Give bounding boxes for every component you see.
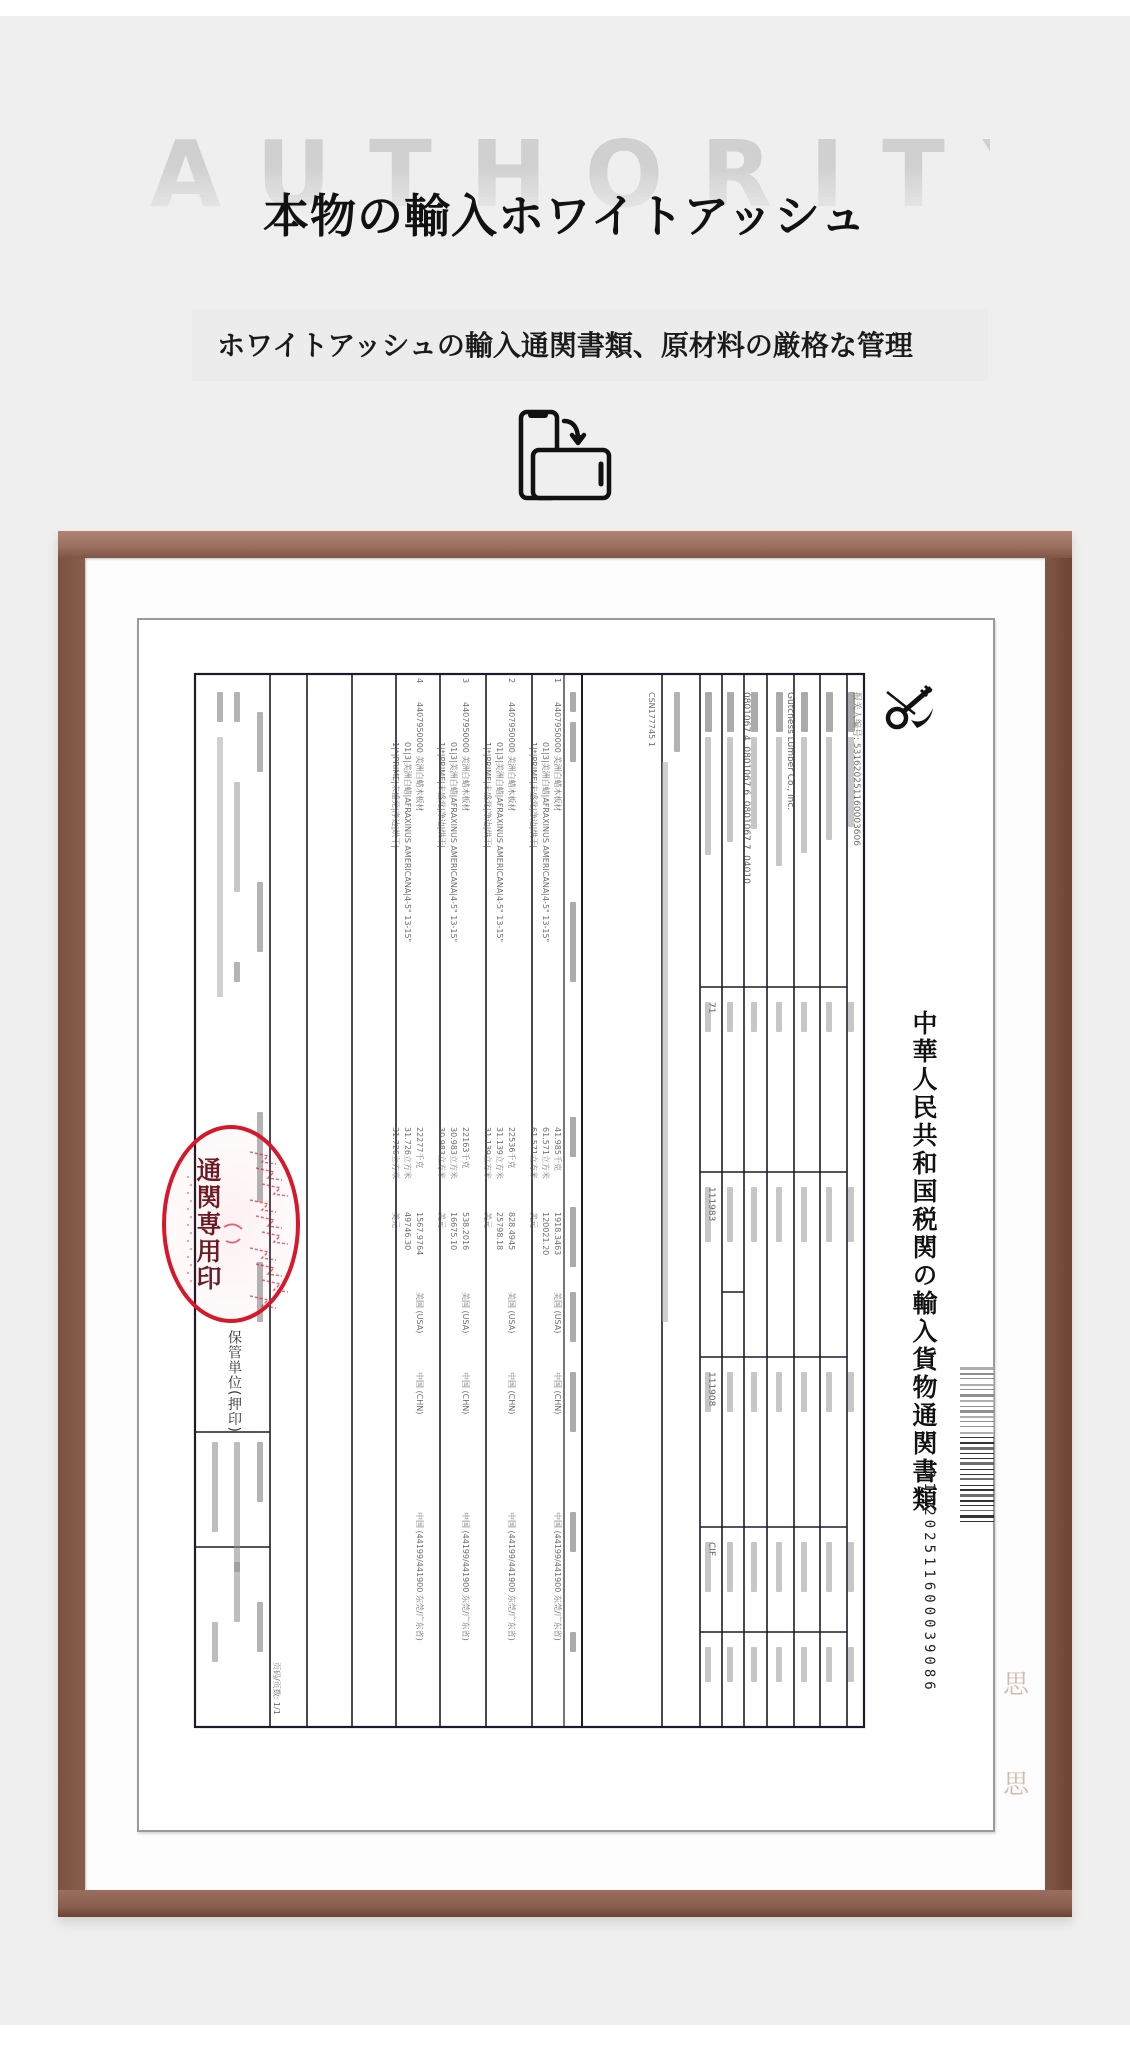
svg-text:3: 3 [461,678,470,683]
svg-text:1|*|PRIME|未盛党|净边|烘干|: 1|*|PRIME|未盛党|净边|烘干| [483,742,493,848]
svg-text:中国 (CHN): 中国 (CHN) [461,1372,471,1414]
svg-text:41.985千克: 41.985千克 [553,1127,563,1171]
svg-text:1|*|PRIME|未盛党|净边|烘干|: 1|*|PRIME|未盛党|净边|烘干| [437,742,447,848]
svg-text:4: 4 [415,678,424,683]
svg-text:美国 (USA): 美国 (USA) [553,1292,563,1333]
svg-text:4407950000 美洲白蜡木板材: 4407950000 美洲白蜡木板材 [461,702,471,811]
svg-text:538.2016: 538.2016 [461,1212,470,1250]
svg-text:61.571立方米: 61.571立方米 [541,1127,551,1179]
svg-text:01|3|美洲白蜡|AFRAXINUS AMERICANA|: 01|3|美洲白蜡|AFRAXINUS AMERICANA|4-5" 13-15… [449,742,459,942]
page-title: 本物の輸入ホワイトアッシュ [0,186,1130,246]
svg-text:01|3|美洲白蜡|AFRAXINUS AMERICANA|: 01|3|美洲白蜡|AFRAXINUS AMERICANA|4-5" 13-15… [495,742,505,942]
svg-text:中国 (44199/441900 东莞/广东省): 中国 (44199/441900 东莞/广东省) [415,1512,425,1641]
svg-text:报关人编号: 531620251160003606: 报关人编号: 531620251160003606 [851,692,863,846]
rotate-device-icon [518,409,612,501]
svg-text:2: 2 [507,678,516,683]
svg-text:828.4945: 828.4945 [507,1212,516,1250]
svg-text:61.571立方米: 61.571立方米 [529,1127,539,1179]
customs-clearance-stamp [162,1125,300,1323]
svg-text:美元: 美元 [437,1212,447,1228]
svg-text:1918.3463: 1918.3463 [553,1212,562,1255]
document-title: 中華人民共和国税関の輸入貨物通関書類 [906,1010,940,1514]
svg-text:美元: 美元 [391,1212,401,1228]
svg-text:22536千克: 22536千克 [507,1127,517,1168]
svg-text:30.983立方米: 30.983立方米 [449,1127,459,1179]
barcode-number: 316202511600039086 [917,1470,937,1694]
svg-text:1567.9764: 1567.9764 [415,1212,424,1255]
svg-text:页码/页数: 1/1: 页码/页数: 1/1 [272,1662,282,1715]
svg-text:49746.30: 49746.30 [403,1212,412,1250]
svg-text:中国 (CHN): 中国 (CHN) [553,1372,563,1414]
svg-text:31.139立方米: 31.139立方米 [483,1127,493,1179]
svg-text:CSN177745 1: CSN177745 1 [647,692,656,747]
svg-text:22163千克: 22163千克 [461,1127,471,1168]
top-strip [0,0,1130,16]
svg-text:01|3|美洲白蜡|AFRAXINUS AMERICANA|: 01|3|美洲白蜡|AFRAXINUS AMERICANA|4-5" 13-15… [403,742,413,942]
frame-watermark-mark: 思 [1003,1665,1027,1705]
svg-text:中国 (44199/441900 东莞/广东省): 中国 (44199/441900 东莞/广东省) [553,1512,563,1641]
svg-text:4407950000 美洲白蜡木板材: 4407950000 美洲白蜡木板材 [507,702,517,811]
svg-text:120021.20: 120021.20 [541,1212,550,1255]
svg-text:美元: 美元 [483,1212,493,1228]
svg-text:1|*|PRIME|未盛党|净边|烘干|: 1|*|PRIME|未盛党|净边|烘干| [529,742,539,848]
svg-text:Gutchess Lumber Co., Inc.: Gutchess Lumber Co., Inc. [785,692,795,810]
page-subtitle: ホワイトアッシュの輸入通関書類、原材料の厳格な管理 [0,326,1130,366]
svg-text:4407950000 美洲白蜡木板材: 4407950000 美洲白蜡木板材 [415,702,425,811]
svg-text:美国 (USA): 美国 (USA) [507,1292,517,1333]
svg-text:美国 (USA): 美国 (USA) [461,1292,471,1333]
svg-text:31.726立方米: 31.726立方米 [403,1127,413,1179]
svg-text:中国 (44199/441900 东莞/广东省): 中国 (44199/441900 东莞/广东省) [461,1512,471,1641]
custody-unit-label: 保管単位(押印) [222,1330,244,1433]
bottom-strip [0,2025,1130,2048]
svg-text:美国 (USA): 美国 (USA) [415,1292,425,1333]
svg-text:中国 (CHN): 中国 (CHN) [415,1372,425,1414]
svg-text:中国 (44199/441900 东莞/广东省): 中国 (44199/441900 东莞/广东省) [507,1512,517,1641]
frame-watermark-mark: 思 [1003,1765,1027,1805]
svg-text:01|3|美洲白蜡|AFRAXINUS AMERICANA|: 01|3|美洲白蜡|AFRAXINUS AMERICANA|4-5" 13-15… [541,742,551,942]
svg-text:4407950000 美洲白蜡木板材: 4407950000 美洲白蜡木板材 [553,702,563,811]
svg-text:30.983立方米: 30.983立方米 [437,1127,447,1179]
svg-text:中国 (CHN): 中国 (CHN) [507,1372,517,1414]
svg-text:31.139立方米: 31.139立方米 [495,1127,505,1179]
svg-text:25798.18: 25798.18 [495,1212,504,1250]
svg-text:1|*|PRIME|未盛党|净边|烘干|: 1|*|PRIME|未盛党|净边|烘干| [391,742,401,848]
stamp-label: 通関専用印 [188,1157,224,1292]
svg-text:22277千克: 22277千克 [415,1127,425,1168]
svg-text:0801067 4, 0801067 6, 0801067: 0801067 4, 0801067 6, 0801067 7, 04010 [741,692,751,884]
svg-text:16675.10: 16675.10 [449,1212,458,1250]
svg-text:31.726立方米: 31.726立方米 [391,1127,401,1179]
svg-text:1: 1 [553,678,562,683]
svg-text:美元: 美元 [529,1212,539,1228]
